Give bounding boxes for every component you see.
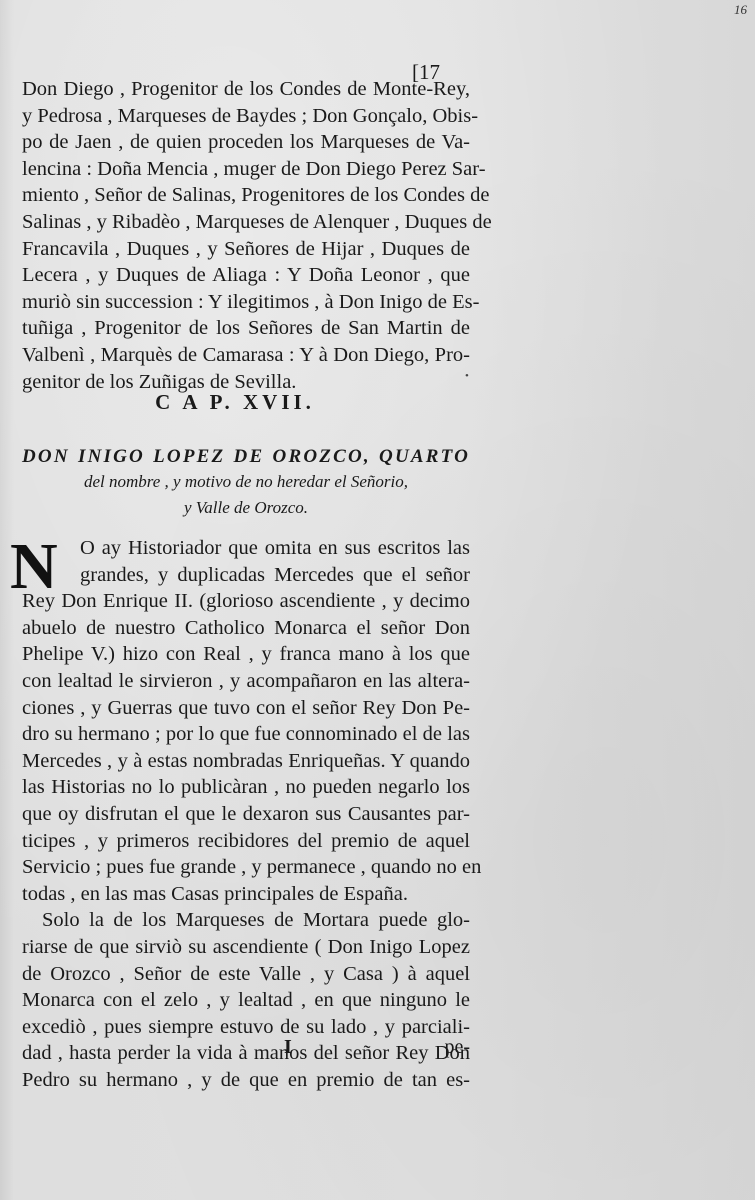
text-line: Don Diego , Progenitor de los Condes de … bbox=[22, 76, 470, 103]
text-line: riarse de que sirviò su ascendiente ( Do… bbox=[22, 934, 470, 961]
opening-paragraph: Don Diego , Progenitor de los Condes de … bbox=[22, 76, 470, 395]
text-line: las Historias no lo publicàran , no pued… bbox=[22, 774, 470, 801]
text-line: muriò sin succession : Y ilegitimos , à … bbox=[22, 289, 470, 316]
text-line: todas , en las mas Casas principales de … bbox=[22, 881, 470, 908]
text-line: O ay Historiador que omita en sus escrit… bbox=[22, 535, 470, 562]
chapter-subtitle: DON INIGO LOPEZ DE OROZCO, QUARTO del no… bbox=[22, 446, 470, 524]
scanned-page: 16 [17 Don Diego , Progenitor de los Con… bbox=[0, 0, 755, 1200]
text-line: Valbenì , Marquès de Camarasa : Y à Don … bbox=[22, 342, 470, 369]
catchword: pe- bbox=[444, 1036, 470, 1059]
body-paragraphs: O ay Historiador que omita en sus escrit… bbox=[22, 535, 470, 1093]
page-footer: I pe- bbox=[22, 1036, 470, 1066]
text-line: Francavila , Duques , y Señores de Hijar… bbox=[22, 236, 470, 263]
text-line: Servicio ; pues fue grande , y permanece… bbox=[22, 854, 470, 881]
signature-mark: I bbox=[284, 1036, 292, 1059]
subtitle-line: y Valle de Orozco. bbox=[22, 498, 470, 524]
subtitle-line: DON INIGO LOPEZ DE OROZCO, QUARTO bbox=[22, 446, 470, 472]
text-line: con lealtad le sirvieron , y acompañaron… bbox=[22, 668, 470, 695]
chapter-heading: C A P. XVII. bbox=[0, 390, 470, 415]
text-line: Solo la de los Marqueses de Mortara pued… bbox=[22, 907, 470, 934]
text-line: grandes, y duplicadas Mercedes que el se… bbox=[22, 562, 470, 589]
text-line: y Pedrosa , Marqueses de Baydes ; Don Go… bbox=[22, 103, 470, 130]
text-line: Pedro su hermano , y de que en premio de… bbox=[22, 1067, 470, 1094]
text-line: que oy disfrutan el que le dexaron sus C… bbox=[22, 801, 470, 828]
subtitle-line: del nombre , y motivo de no heredar el S… bbox=[22, 472, 470, 498]
text-line: Salinas , y Ribadèo , Marqueses de Alenq… bbox=[22, 209, 470, 236]
text-line: de Orozco , Señor de este Valle , y Casa… bbox=[22, 961, 470, 988]
text-line: tuñiga , Progenitor de los Señores de Sa… bbox=[22, 315, 470, 342]
text-line: po de Jaen , de quien proceden los Marqu… bbox=[22, 129, 470, 156]
text-line: lencina : Doña Mencia , muger de Don Die… bbox=[22, 156, 470, 183]
text-line: Phelipe V.) hizo con Real , y franca man… bbox=[22, 641, 470, 668]
text-line: ticipes , y primeros recibidores del pre… bbox=[22, 828, 470, 855]
text-line: Lecera , y Duques de Aliaga : Y Doña Leo… bbox=[22, 262, 470, 289]
text-line: abuelo de nuestro Catholico Monarca el s… bbox=[22, 615, 470, 642]
text-line: miento , Señor de Salinas, Progenitores … bbox=[22, 182, 470, 209]
text-line: ciones , y Guerras que tuvo con el señor… bbox=[22, 695, 470, 722]
text-line: Monarca con el zelo , y lealtad , en que… bbox=[22, 987, 470, 1014]
folio-mark: 16 bbox=[734, 2, 747, 18]
text-line: Mercedes , y à estas nombradas Enriqueña… bbox=[22, 748, 470, 775]
ink-mark: • bbox=[465, 370, 469, 382]
text-line: dro su hermano ; por lo que fue connomin… bbox=[22, 721, 470, 748]
text-line: Rey Don Enrique II. (glorioso ascendient… bbox=[22, 588, 470, 615]
